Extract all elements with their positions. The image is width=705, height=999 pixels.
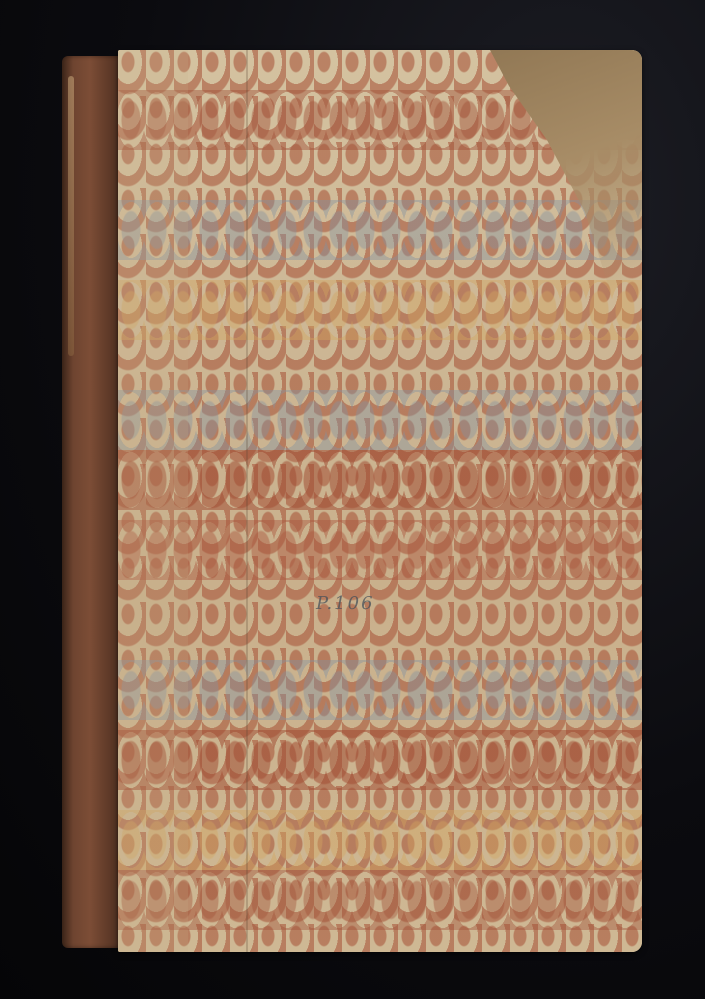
marble-band-red — [118, 870, 642, 930]
marble-band-ochre — [118, 810, 642, 870]
marble-band-blue — [118, 390, 642, 450]
marble-band-red — [118, 730, 642, 790]
paper-seam — [246, 50, 248, 952]
handwritten-mark: P.106 — [316, 593, 375, 614]
leather-turn-in — [118, 50, 188, 952]
book: P.106 — [62, 50, 642, 952]
leather-spine — [62, 56, 124, 948]
marble-band-red — [118, 520, 642, 580]
marbled-cover-board: P.106 — [118, 50, 642, 952]
marble-band-blue — [118, 200, 642, 260]
spine-worn-edge — [68, 76, 74, 356]
marble-band-blue — [118, 660, 642, 720]
marble-band-red — [118, 450, 642, 510]
marble-band-ochre — [118, 280, 642, 340]
